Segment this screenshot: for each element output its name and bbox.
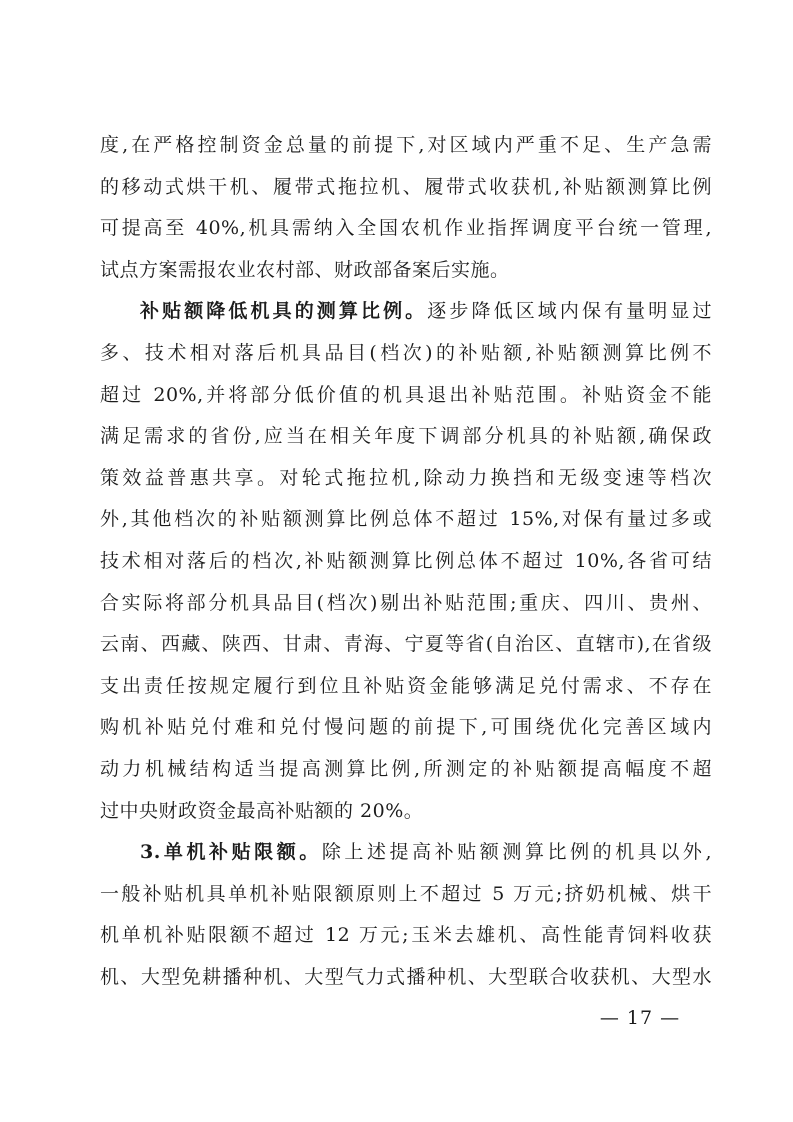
body-text: 机单机补贴限额不超过 12 万元;玉米去雄机、高性能青饲料收获	[100, 924, 712, 946]
body-text: 过中央财政资金最高补贴额的 20%。	[100, 800, 423, 822]
text-line: 外,其他档次的补贴额测算比例总体不超过 15%,对保有量过多或	[100, 499, 712, 541]
text-line: 试点方案需报农业农村部、财政部备案后实施。	[100, 250, 712, 292]
body-text: 购机补贴兑付难和兑付慢问题的前提下,可围绕优化完善区域内	[100, 716, 712, 738]
body-text: 策效益普惠共享。对轮式拖拉机,除动力换挡和无级变速等档次	[100, 467, 712, 489]
text-line: 合实际将部分机具品目(档次)剔出补贴范围;重庆、四川、贵州、	[100, 583, 712, 625]
text-line: 度,在严格控制资金总量的前提下,对区域内严重不足、生产急需	[100, 125, 712, 167]
text-line: 超过 20%,并将部分低价值的机具退出补贴范围。补贴资金不能	[100, 375, 712, 417]
body-text: 的移动式烘干机、履带式拖拉机、履带式收获机,补贴额测算比例	[100, 176, 712, 198]
body-text: 超过 20%,并将部分低价值的机具退出补贴范围。补贴资金不能	[100, 384, 712, 406]
body-text: 技术相对落后的档次,补贴额测算比例总体不超过 10%,各省可结	[100, 550, 712, 572]
text-line: 过中央财政资金最高补贴额的 20%。	[100, 791, 712, 833]
text-line: 补贴额降低机具的测算比例。逐步降低区域内保有量明显过	[100, 291, 712, 333]
bold-lead-text: 3.单机补贴限额。	[140, 841, 322, 863]
text-line: 多、技术相对落后机具品目(档次)的补贴额,补贴额测算比例不	[100, 333, 712, 375]
body-text: 试点方案需报农业农村部、财政部备案后实施。	[100, 259, 510, 281]
body-text: 一般补贴机具单机补贴限额原则上不超过 5 万元;挤奶机械、烘干	[100, 883, 712, 905]
text-line: 动力机械结构适当提高测算比例,所测定的补贴额提高幅度不超	[100, 749, 712, 791]
body-text: 动力机械结构适当提高测算比例,所测定的补贴额提高幅度不超	[100, 758, 712, 780]
body-text: 合实际将部分机具品目(档次)剔出补贴范围;重庆、四川、贵州、	[100, 592, 712, 614]
text-line: 策效益普惠共享。对轮式拖拉机,除动力换挡和无级变速等档次	[100, 458, 712, 500]
text-line: 机单机补贴限额不超过 12 万元;玉米去雄机、高性能青饲料收获	[100, 915, 712, 957]
body-text: 度,在严格控制资金总量的前提下,对区域内严重不足、生产急需	[100, 134, 712, 156]
body-text: 逐步降低区域内保有量明显过	[427, 300, 712, 322]
text-line: 的移动式烘干机、履带式拖拉机、履带式收获机,补贴额测算比例	[100, 167, 712, 209]
text-line: 满足需求的省份,应当在相关年度下调部分机具的补贴额,确保政	[100, 416, 712, 458]
body-text: 多、技术相对落后机具品目(档次)的补贴额,补贴额测算比例不	[100, 342, 712, 364]
text-line: 购机补贴兑付难和兑付慢问题的前提下,可围绕优化完善区域内	[100, 707, 712, 749]
body-text: 外,其他档次的补贴额测算比例总体不超过 15%,对保有量过多或	[100, 508, 712, 530]
text-body: 度,在严格控制资金总量的前提下,对区域内严重不足、生产急需的移动式烘干机、履带式…	[100, 125, 712, 998]
text-line: 3.单机补贴限额。除上述提高补贴额测算比例的机具以外,	[100, 832, 712, 874]
text-line: 支出责任按规定履行到位且补贴资金能够满足兑付需求、不存在	[100, 666, 712, 708]
body-text: 满足需求的省份,应当在相关年度下调部分机具的补贴额,确保政	[100, 425, 712, 447]
body-text: 可提高至 40%,机具需纳入全国农机作业指挥调度平台统一管理,	[100, 217, 712, 239]
body-text: 云南、西藏、陕西、甘肃、青海、宁夏等省(自治区、直辖市),在省级	[100, 633, 712, 655]
page-number: — 17 —	[560, 1003, 720, 1033]
body-text: 支出责任按规定履行到位且补贴资金能够满足兑付需求、不存在	[100, 675, 712, 697]
text-line: 一般补贴机具单机补贴限额原则上不超过 5 万元;挤奶机械、烘干	[100, 874, 712, 916]
bold-lead-text: 补贴额降低机具的测算比例。	[140, 300, 427, 322]
body-text: 机、大型免耕播种机、大型气力式播种机、大型联合收获机、大型水	[100, 966, 712, 988]
document-page: 度,在严格控制资金总量的前提下,对区域内严重不足、生产急需的移动式烘干机、履带式…	[0, 0, 793, 1122]
text-line: 技术相对落后的档次,补贴额测算比例总体不超过 10%,各省可结	[100, 541, 712, 583]
text-line: 机、大型免耕播种机、大型气力式播种机、大型联合收获机、大型水	[100, 957, 712, 999]
text-line: 可提高至 40%,机具需纳入全国农机作业指挥调度平台统一管理,	[100, 208, 712, 250]
text-line: 云南、西藏、陕西、甘肃、青海、宁夏等省(自治区、直辖市),在省级	[100, 624, 712, 666]
body-text: 除上述提高补贴额测算比例的机具以外,	[322, 841, 712, 863]
